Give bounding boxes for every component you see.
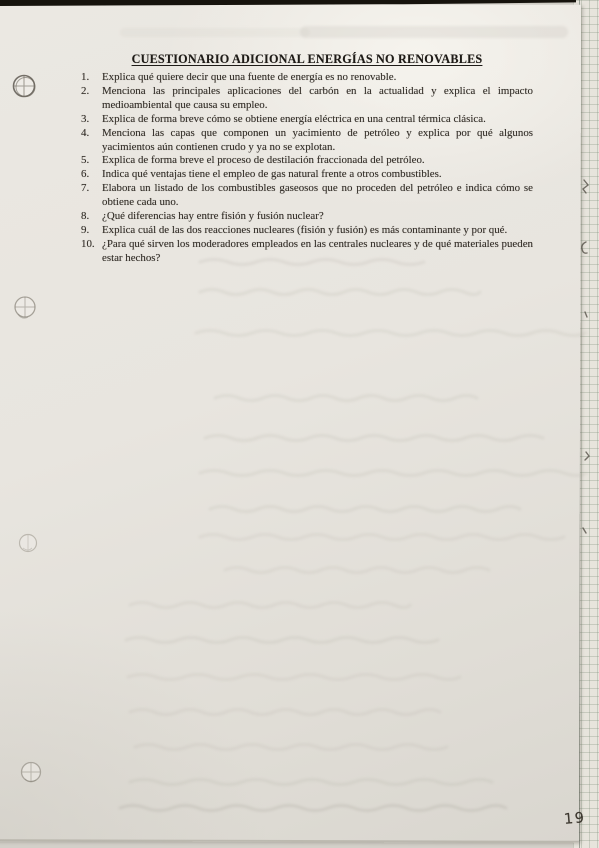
question-text: Explica de forma breve cómo se obtiene e… xyxy=(102,113,533,127)
page-title: CUESTIONARIO ADICIONAL ENERGÍAS NO RENOV… xyxy=(81,52,533,67)
question-item: 8. ¿Qué diferencias hay entre fisión y f… xyxy=(81,210,533,224)
question-number: 2. xyxy=(81,85,102,113)
question-list: 1. Explica qué quiere decir que una fuen… xyxy=(81,71,533,266)
question-text: Menciona las capas que componen un yacim… xyxy=(102,127,533,155)
question-item: 5. Explica de forma breve el proceso de … xyxy=(81,154,533,168)
question-text: Explica qué quiere decir que una fuente … xyxy=(102,71,533,85)
question-number: 4. xyxy=(81,127,102,155)
question-text: Elabora un listado de los combustibles g… xyxy=(102,182,533,210)
question-number: 8. xyxy=(81,210,102,224)
photo-of-worksheet: { "document": { "title": "CUESTIONARIO A… xyxy=(0,0,599,848)
question-text: Indica qué ventajas tiene el empleo de g… xyxy=(102,168,533,182)
hole-punch xyxy=(15,297,35,318)
hole-punch xyxy=(22,763,41,783)
question-item: 1. Explica qué quiere decir que una fuen… xyxy=(81,71,533,85)
question-item: 6. Indica qué ventajas tiene el empleo d… xyxy=(81,168,533,182)
question-item: 4. Menciona las capas que componen un ya… xyxy=(81,127,533,155)
question-number: 3. xyxy=(81,113,102,127)
question-item: 7. Elabora un listado de los combustible… xyxy=(81,182,533,210)
question-text: Explica cuál de las dos reacciones nucle… xyxy=(102,224,533,238)
question-number: 9. xyxy=(81,224,102,238)
hole-punch xyxy=(14,76,36,97)
question-text: ¿Qué diferencias hay entre fisión y fusi… xyxy=(102,210,533,224)
question-number: 5. xyxy=(81,154,102,168)
question-text: Menciona las principales aplicaciones de… xyxy=(102,85,533,113)
hole-punches xyxy=(0,0,70,848)
paper-bottom-edge xyxy=(0,839,579,843)
handwritten-page-number: 19 xyxy=(563,810,586,828)
question-number: 7. xyxy=(81,182,102,210)
question-item: 2. Menciona las principales aplicaciones… xyxy=(81,85,533,113)
question-number: 10. xyxy=(81,238,102,266)
question-text: Explica de forma breve el proceso de des… xyxy=(102,154,533,168)
question-number: 6. xyxy=(81,168,102,182)
question-item: 9. Explica cuál de las dos reacciones nu… xyxy=(81,224,533,238)
question-text: ¿Para qué sirven los moderadores emplead… xyxy=(102,238,533,266)
question-item: 10. ¿Para qué sirven los moderadores emp… xyxy=(81,238,533,266)
question-number: 1. xyxy=(81,71,102,85)
hole-punch xyxy=(20,535,37,552)
question-item: 3. Explica de forma breve cómo se obtien… xyxy=(81,113,533,127)
questionnaire: CUESTIONARIO ADICIONAL ENERGÍAS NO RENOV… xyxy=(81,52,533,266)
